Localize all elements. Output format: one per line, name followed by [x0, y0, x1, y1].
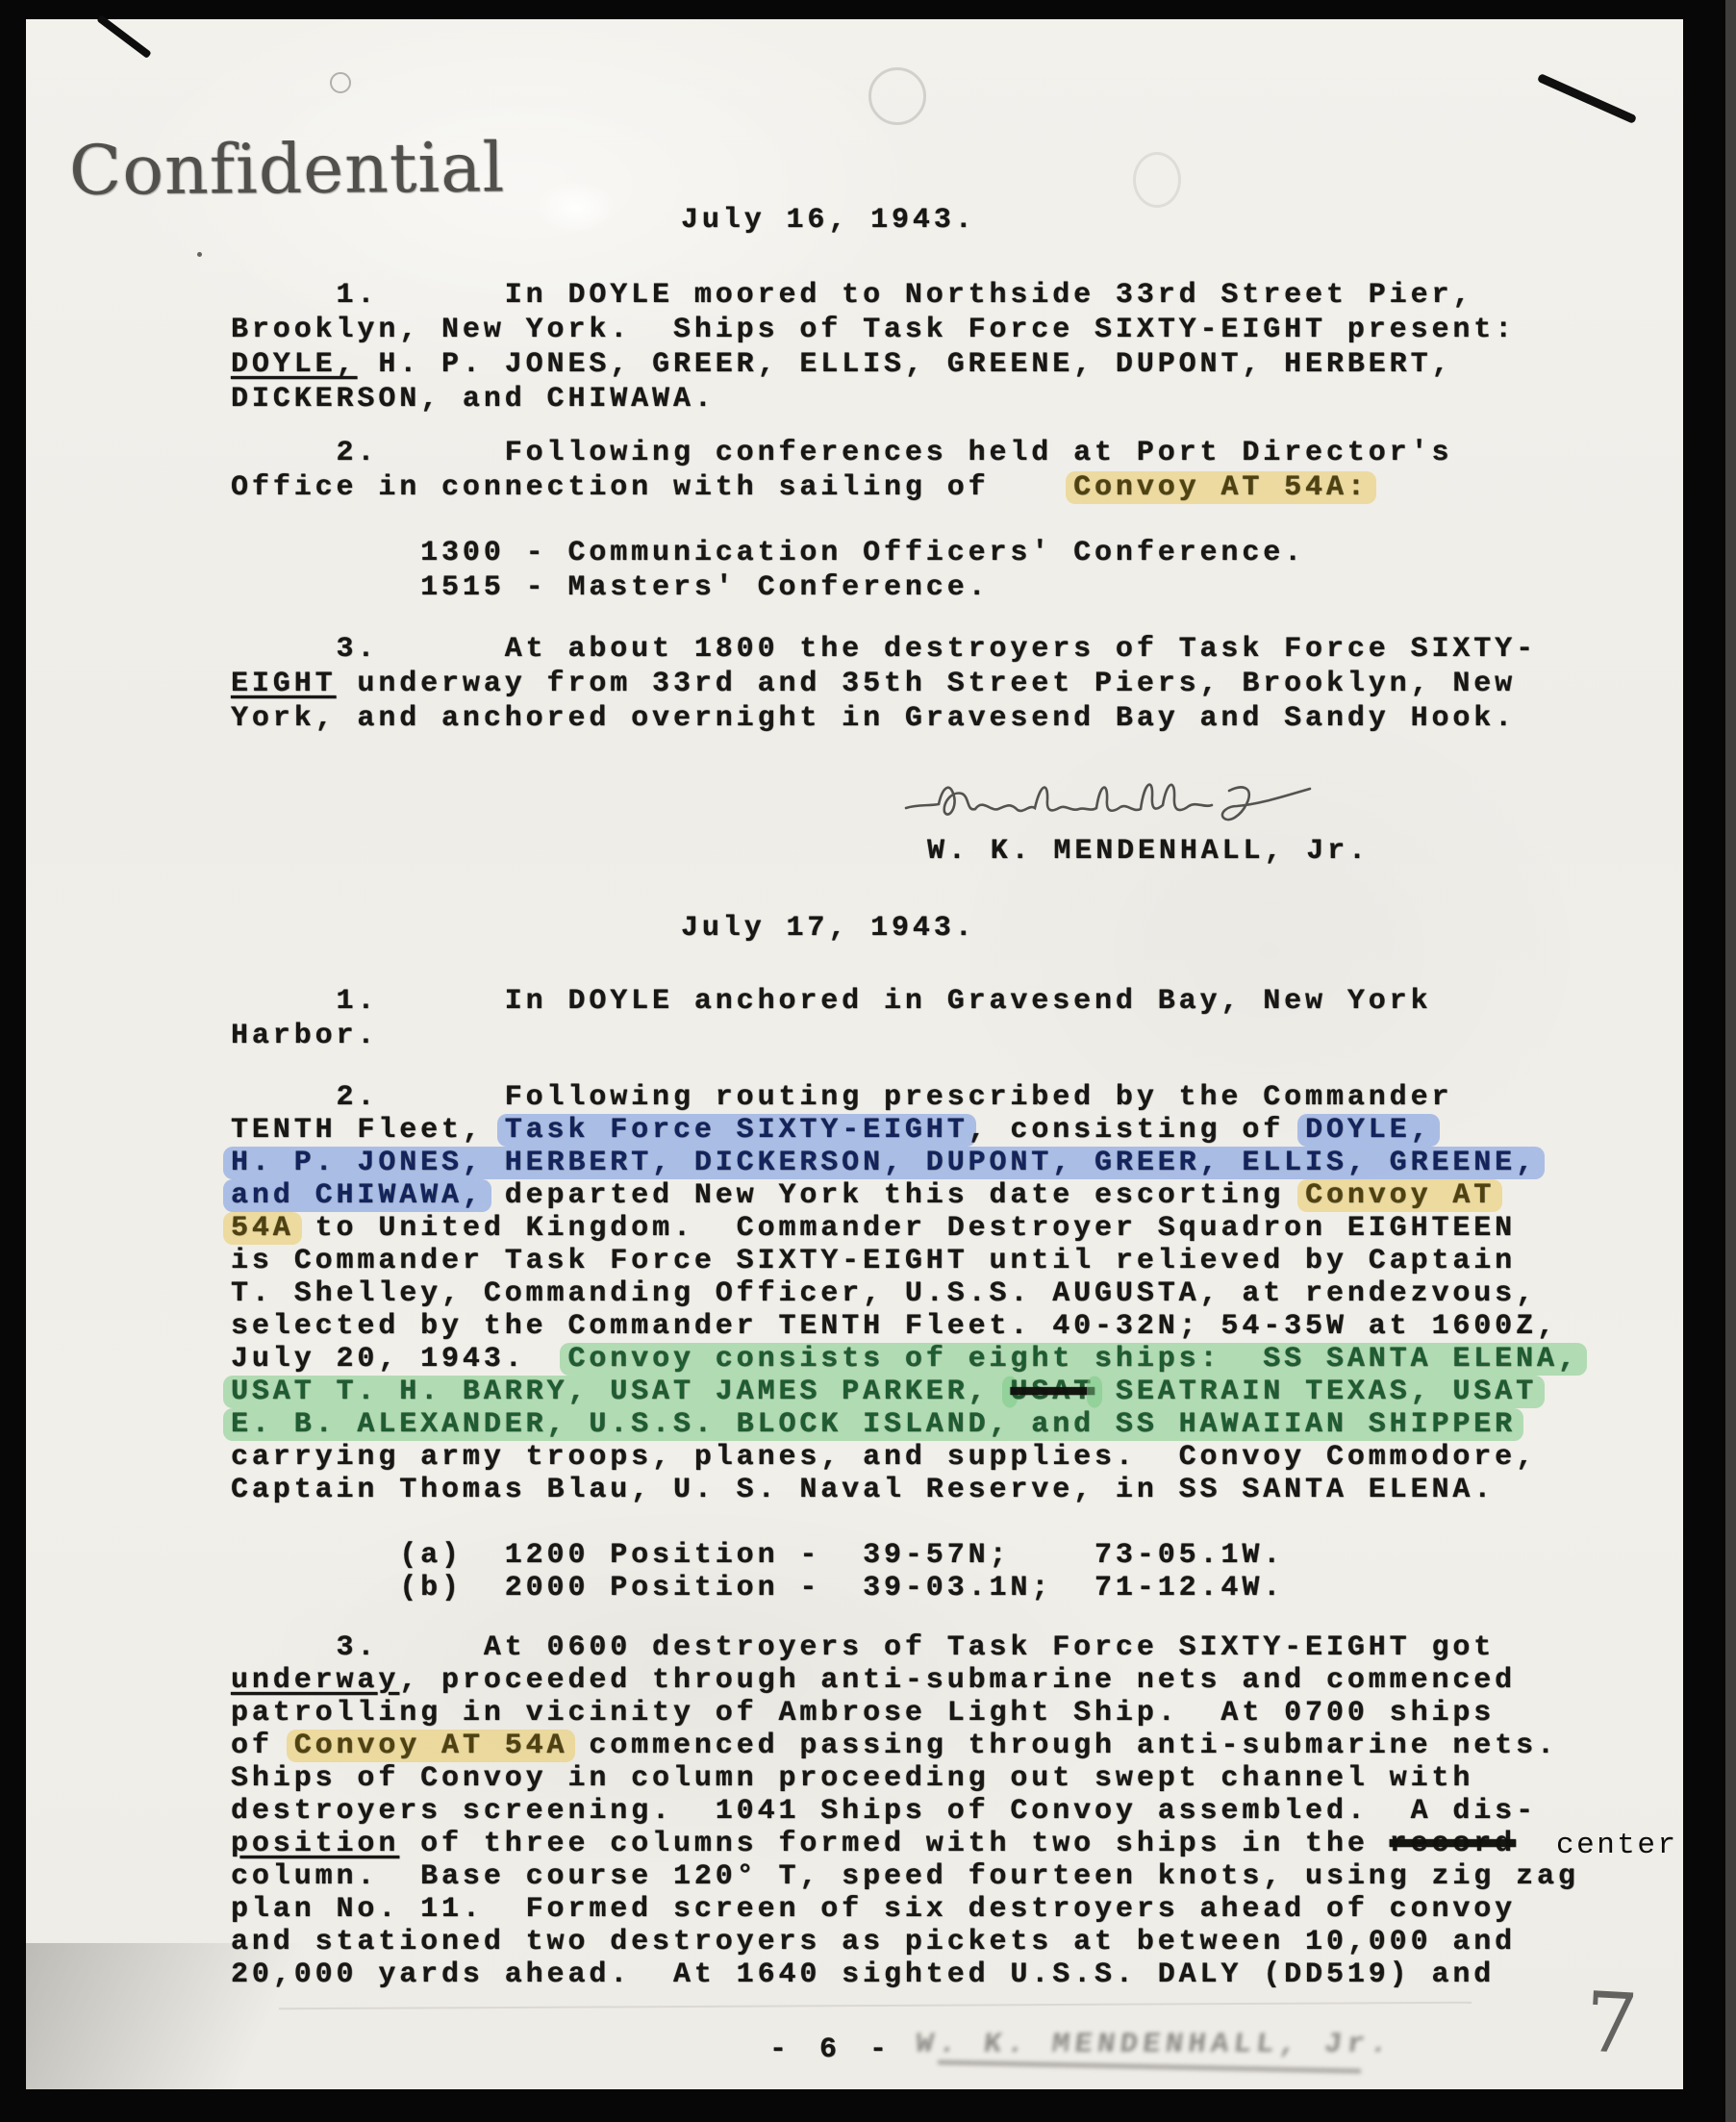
text-segment: York, and anchored overnight in Gravesen… — [231, 702, 1516, 735]
para-1-line: 1. In DOYLE anchored in Gravesend Bay, N… — [231, 983, 1431, 1020]
text-segment: 3. At 0600 destroyers of Task Force SIXT… — [231, 1631, 1495, 1664]
struck-text: record — [1390, 1828, 1516, 1860]
circular-stain — [868, 67, 926, 125]
para-3-line: column. Base course 120° T, speed fourte… — [231, 1858, 1579, 1895]
text-segment: T. Shelley, Commanding Officer, U.S.S. A… — [231, 1277, 1537, 1310]
para-3-line: of Convoy AT 54A commenced passing throu… — [231, 1728, 1558, 1764]
para-2-line: Office in connection with sailing of Con… — [231, 469, 1369, 506]
para-3-line: and stationed two destroyers as pickets … — [231, 1924, 1516, 1960]
para-2-line: E. B. ALEXANDER, U.S.S. BLOCK ISLAND, an… — [231, 1406, 1516, 1443]
text-segment: 2. Following conferences held at Port Di… — [231, 437, 1452, 469]
text-segment: (a) 1200 Position - 39-57N; 73-05.1W. — [231, 1539, 1284, 1572]
text-segment: 3. At about 1800 the destroyers of Task … — [231, 633, 1537, 666]
highlight-green: USAT T. H. BARRY, USAT JAMES PARKER, — [231, 1376, 1010, 1408]
text-segment: Brooklyn, New York. Ships of Task Force … — [231, 314, 1516, 346]
para-3-line: EIGHT underway from 33rd and 35th Street… — [231, 666, 1516, 702]
conference-line: 1300 - Communication Officers' Conferenc… — [231, 535, 1305, 571]
para-3-line: 3. At about 1800 the destroyers of Task … — [231, 631, 1537, 668]
highlight-yellow: Convoy AT 54A — [294, 1730, 568, 1762]
scan-edge-strip — [1725, 0, 1736, 2122]
text-segment: plan No. 11. Formed screen of six destro… — [231, 1893, 1516, 1926]
text-segment: selected by the Commander TENTH Fleet. 4… — [231, 1310, 1558, 1343]
faint-stain — [1133, 152, 1181, 208]
para-2-line: T. Shelley, Commanding Officer, U.S.S. A… — [231, 1276, 1537, 1312]
text-segment: patrolling in vicinity of Ambrose Light … — [231, 1697, 1495, 1730]
para-3-line: 3. At 0600 destroyers of Task Force SIXT… — [231, 1629, 1495, 1666]
text-segment: 1300 - Communication Officers' Conferenc… — [231, 537, 1305, 569]
para-2-line: 2. Following routing prescribed by the C… — [231, 1079, 1452, 1116]
para-3-line: Ships of Convoy in column proceeding out… — [231, 1760, 1473, 1797]
ink-speck — [197, 252, 202, 257]
highlight-blue: Task Force SIXTY-EIGHT — [505, 1114, 969, 1147]
conference-line: 1515 - Masters' Conference. — [231, 569, 990, 606]
text-segment: destroyers screening. 1041 Ships of Conv… — [231, 1795, 1537, 1828]
scanned-document: { "page": { "classification": "Confident… — [0, 0, 1736, 2122]
text-segment: carrying army troops, planes, and suppli… — [231, 1441, 1537, 1474]
text-segment: 1. In DOYLE anchored in Gravesend Bay, N… — [231, 985, 1431, 1018]
highlight-green: Convoy consists of eight ships: SS SANTA… — [567, 1343, 1578, 1376]
highlight-green: E. B. ALEXANDER, U.S.S. BLOCK ISLAND, an… — [231, 1408, 1516, 1441]
text-segment: to United Kingdom. Commander Destroyer S… — [294, 1212, 1516, 1245]
text-segment: , consisting of — [969, 1114, 1305, 1147]
para-2-line: selected by the Commander TENTH Fleet. 4… — [231, 1308, 1558, 1345]
text-segment: Office in connection with sailing of — [231, 471, 1073, 504]
text-segment: commenced passing through anti-submarine… — [567, 1730, 1557, 1762]
text-segment: July 17, 1943. — [681, 912, 976, 945]
faded-signature-stamp: W. K. MENDENHALL, Jr. — [914, 2029, 1394, 2060]
text-segment: , proceeded through anti-submarine nets … — [399, 1664, 1516, 1697]
para-1-line: DOYLE, H. P. JONES, GREER, ELLIS, GREENE… — [231, 346, 1452, 383]
text-segment: of three columns formed with two ships i… — [399, 1828, 1389, 1860]
para-1-line: DICKERSON, and CHIWAWA. — [231, 381, 716, 417]
text-segment: 1. In DOYLE moored to Northside 33rd Str… — [231, 279, 1473, 312]
text-segment: center — [1556, 1829, 1678, 1862]
para-3-line: 20,000 yards ahead. At 1640 sighted U.S.… — [231, 1957, 1495, 1993]
highlight-green: USAT — [1010, 1376, 1094, 1408]
para-3-line: patrolling in vicinity of Ambrose Light … — [231, 1695, 1495, 1731]
text-segment: July 20, 1943. — [231, 1343, 567, 1376]
date-line-july-17: July 17, 1943. — [681, 910, 976, 947]
para-3-line: plan No. 11. Formed screen of six destro… — [231, 1891, 1516, 1928]
para-1-line: Harbor. — [231, 1018, 378, 1054]
text-segment: Harbor. — [231, 1020, 378, 1052]
handwritten-page-mark: 7 — [1582, 1975, 1640, 2074]
position-line: (a) 1200 Position - 39-57N; 73-05.1W. — [231, 1537, 1284, 1574]
paper-blotch — [535, 181, 617, 235]
para-2-line: 54A to United Kingdom. Commander Destroy… — [231, 1210, 1516, 1247]
para-2-line: Captain Thomas Blau, U. S. Naval Reserve… — [231, 1472, 1495, 1508]
para-2-line: carrying army troops, planes, and suppli… — [231, 1439, 1537, 1476]
text-segment: Ships of Convoy in column proceeding out… — [231, 1762, 1473, 1795]
text-segment: departed New York this date escorting — [484, 1179, 1305, 1212]
text-segment: DOYLE, — [231, 348, 357, 381]
highlight-blue: H. P. JONES, HERBERT, DICKERSON, DUPONT,… — [231, 1147, 1537, 1179]
highlight-yellow: Convoy AT — [1305, 1179, 1495, 1212]
text-segment: underway — [231, 1664, 399, 1697]
text-segment: of — [231, 1730, 294, 1762]
date-line-july-16: July 16, 1943. — [681, 202, 976, 239]
para-2-line: TENTH Fleet, Task Force SIXTY-EIGHT, con… — [231, 1112, 1432, 1149]
position-line: (b) 2000 Position - 39-03.1N; 71-12.4W. — [231, 1570, 1284, 1606]
para-1-line: Brooklyn, New York. Ships of Task Force … — [231, 312, 1516, 348]
para-2-line: July 20, 1943. Convoy consists of eight … — [231, 1341, 1579, 1377]
para-3-line: York, and anchored overnight in Gravesen… — [231, 700, 1516, 737]
text-segment: EIGHT — [231, 668, 337, 700]
text-segment: July 16, 1943. — [681, 204, 976, 237]
para-3-line: position of three columns formed with tw… — [231, 1826, 1516, 1862]
text-segment: (b) 2000 Position - 39-03.1N; 71-12.4W. — [231, 1572, 1284, 1604]
highlight-green: SEATRAIN TEXAS, USAT — [1094, 1376, 1537, 1408]
highlight-yellow: Convoy AT 54A: — [1073, 471, 1369, 504]
classification-stamp: Confidential — [69, 127, 506, 210]
para-2-line: USAT T. H. BARRY, USAT JAMES PARKER, USA… — [231, 1374, 1537, 1410]
para-1-line: 1. In DOYLE moored to Northside 33rd Str… — [231, 277, 1473, 314]
text-segment: H. P. JONES, GREER, ELLIS, GREENE, DUPON… — [357, 348, 1452, 381]
para-3-line: underway, proceeded through anti-submari… — [231, 1662, 1516, 1699]
text-segment: 20,000 yards ahead. At 1640 sighted U.S.… — [231, 1958, 1495, 1991]
para-3-line: destroyers screening. 1041 Ships of Conv… — [231, 1793, 1537, 1830]
text-segment: position — [231, 1828, 399, 1860]
text-segment: 1515 - Masters' Conference. — [231, 571, 990, 604]
para-2-line: H. P. JONES, HERBERT, DICKERSON, DUPONT,… — [231, 1145, 1537, 1181]
text-segment: DICKERSON, and CHIWAWA. — [231, 383, 716, 416]
text-segment: is Commander Task Force SIXTY-EIGHT unti… — [231, 1245, 1516, 1277]
text-segment: Captain Thomas Blau, U. S. Naval Reserve… — [231, 1474, 1495, 1506]
page-number: - 6 - — [769, 2032, 894, 2068]
text-segment: column. Base course 120° T, speed fourte… — [231, 1860, 1579, 1893]
highlight-blue: DOYLE, — [1305, 1114, 1431, 1147]
text-segment: 2. Following routing prescribed by the C… — [231, 1081, 1452, 1114]
punch-hole-mark — [330, 72, 351, 93]
text-segment: TENTH Fleet, — [231, 1114, 505, 1147]
text-segment: and stationed two destroyers as pickets … — [231, 1926, 1516, 1958]
highlight-yellow: 54A — [231, 1212, 294, 1245]
highlight-blue: and CHIWAWA, — [231, 1179, 484, 1212]
signature-typed-name: W. K. MENDENHALL, Jr. — [927, 833, 1370, 870]
text-segment: underway from 33rd and 35th Street Piers… — [337, 668, 1517, 700]
para-2-line: is Commander Task Force SIXTY-EIGHT unti… — [231, 1243, 1516, 1279]
para-2-line: and CHIWAWA, departed New York this date… — [231, 1177, 1495, 1214]
para-2-line: 2. Following conferences held at Port Di… — [231, 435, 1452, 471]
